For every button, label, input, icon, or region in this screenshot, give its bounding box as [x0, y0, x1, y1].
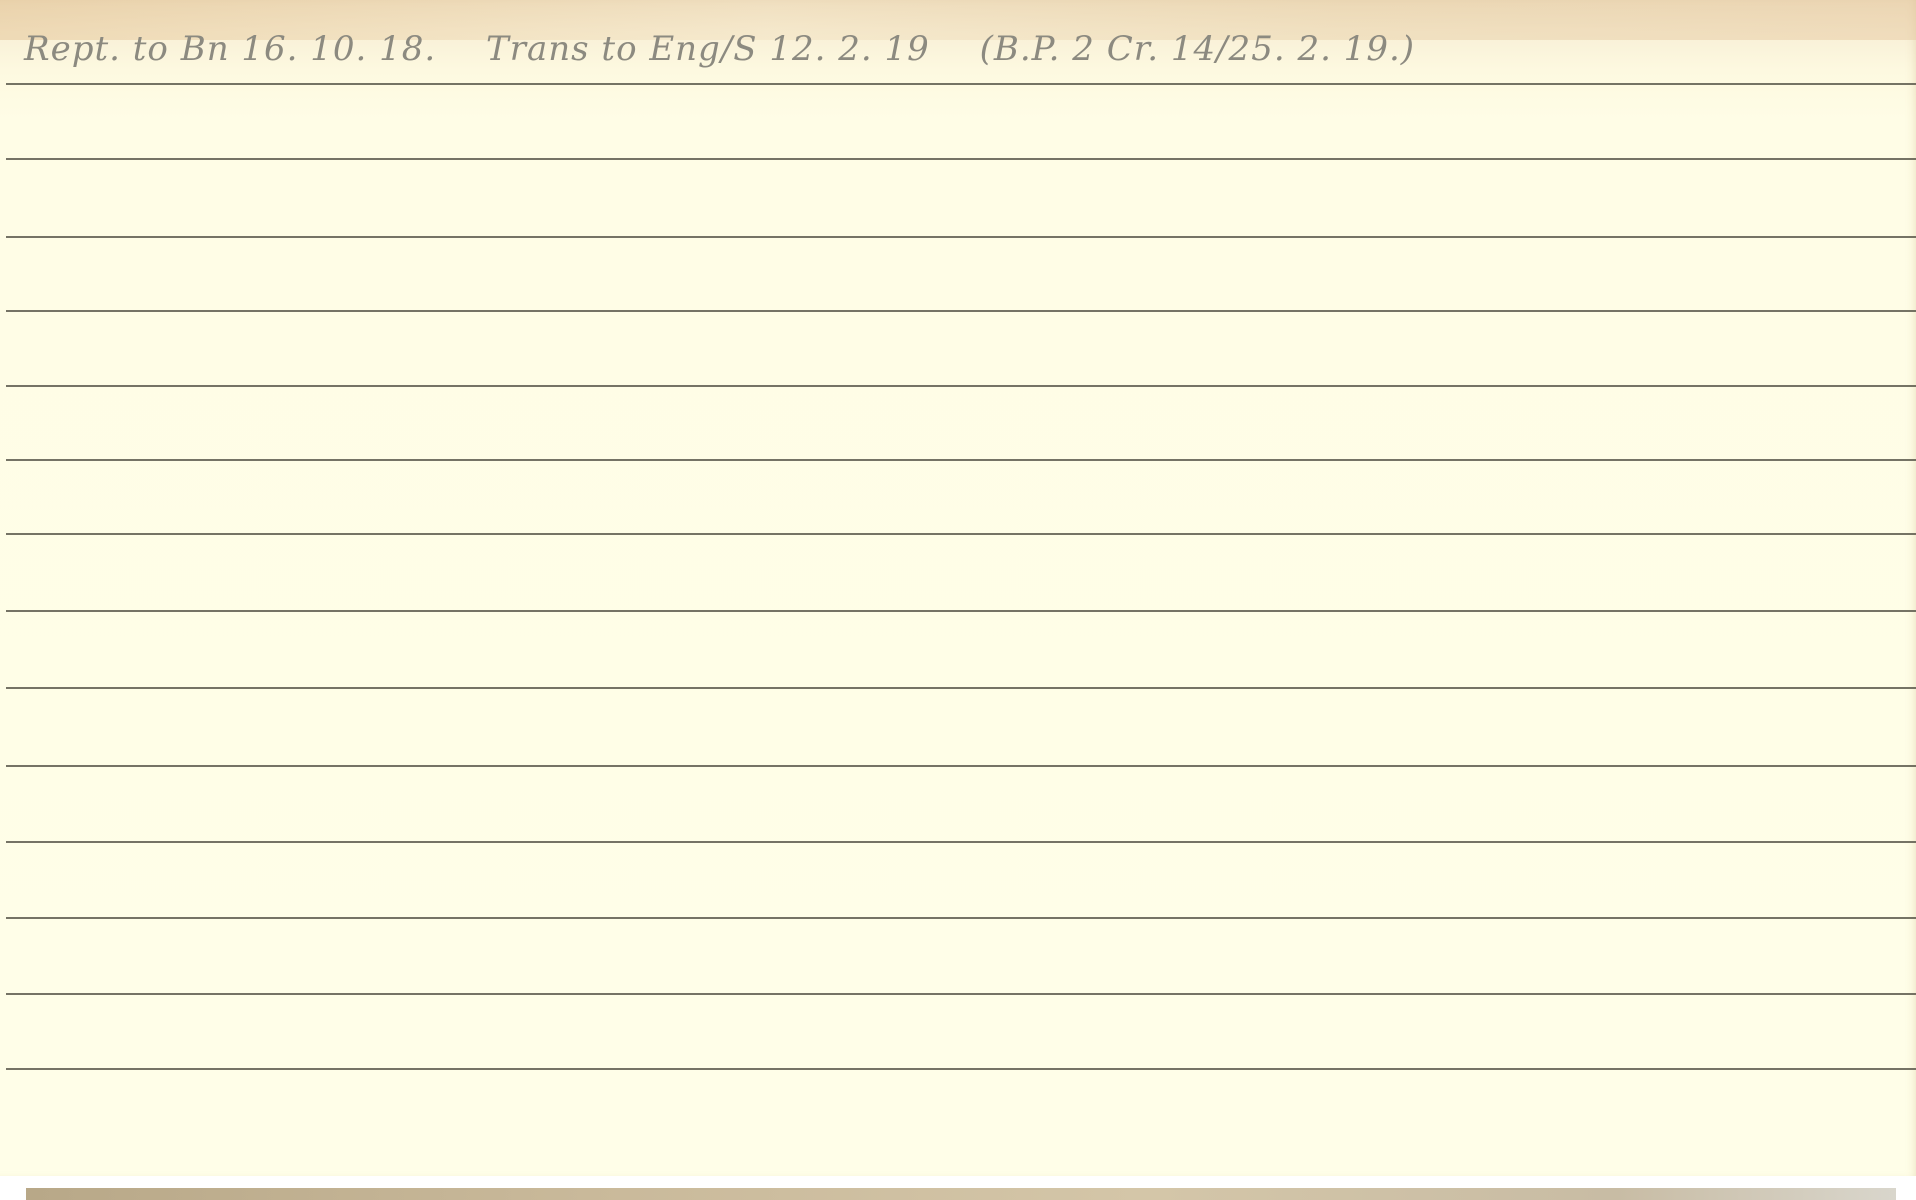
entry-rept-to-bn: Rept. to Bn 16. 10. 18. [24, 18, 436, 80]
ruled-line [6, 1068, 1916, 1070]
ruled-line [6, 765, 1916, 767]
ruled-line [6, 533, 1916, 535]
ruled-line [6, 236, 1916, 238]
entry-bp-reference: (B.P. 2 Cr. 14/25. 2. 19.) [980, 18, 1415, 80]
ruled-line [6, 83, 1916, 85]
handwritten-entry: Rept. to Bn 16. 10. 18. Trans to Eng/S 1… [24, 18, 1453, 80]
ruled-line [6, 385, 1916, 387]
ruled-line [6, 993, 1916, 995]
ruled-line [6, 610, 1916, 612]
ruled-line [6, 687, 1916, 689]
entry-trans-to-eng: Trans to Eng/S 12. 2. 19 [486, 18, 930, 80]
ruled-line [6, 459, 1916, 461]
card-below-edge [26, 1188, 1896, 1200]
ruled-line [6, 158, 1916, 160]
ruled-line [6, 917, 1916, 919]
ruled-line [6, 841, 1916, 843]
index-card: Rept. to Bn 16. 10. 18. Trans to Eng/S 1… [0, 0, 1916, 1176]
ruled-line [6, 310, 1916, 312]
